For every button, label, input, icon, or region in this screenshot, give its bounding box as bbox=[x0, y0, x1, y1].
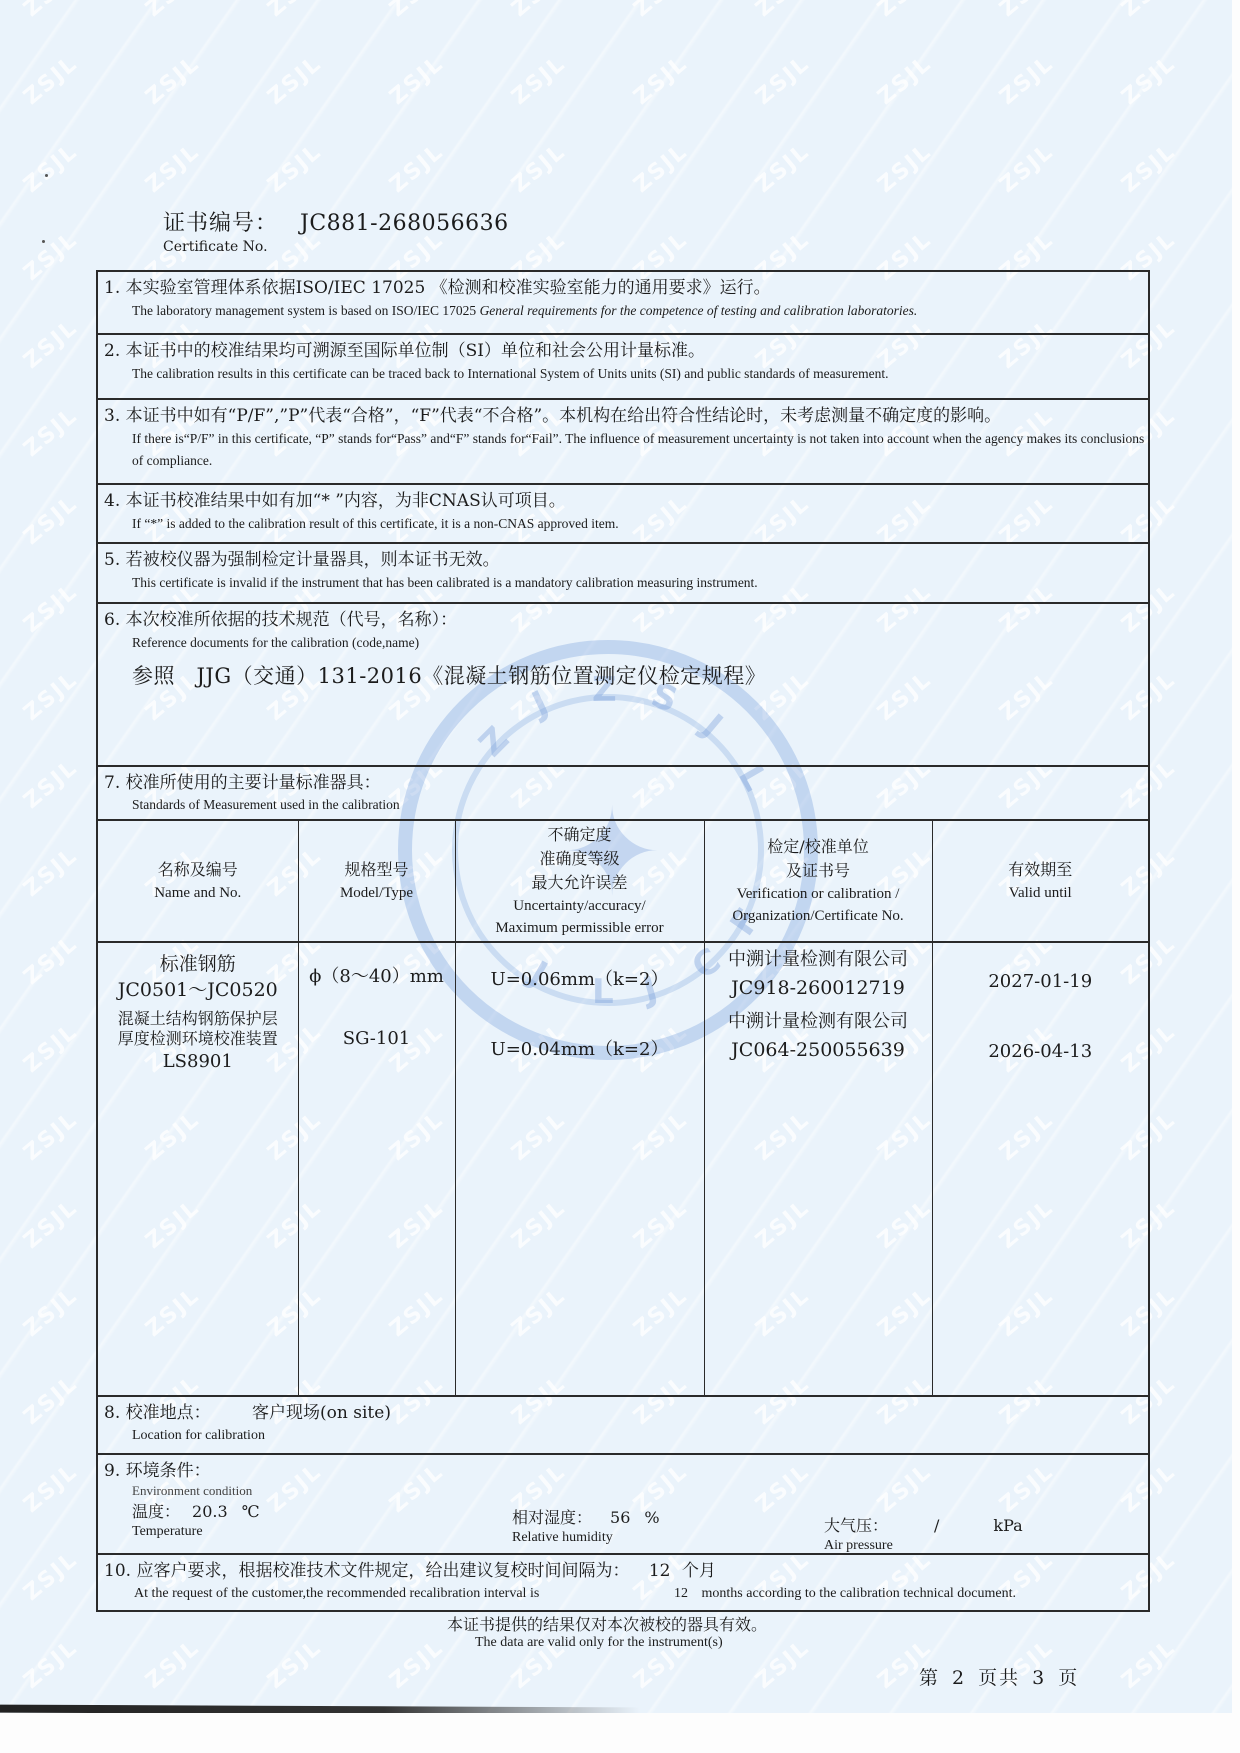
section-5-en: This certificate is invalid if the instr… bbox=[104, 572, 1148, 594]
environment-label-en: Environment condition bbox=[104, 1483, 1148, 1499]
watermark-text: ZSJL bbox=[263, 1635, 327, 1694]
section-8: 8. 校准地点： 客户现场(on site) Location for cali… bbox=[98, 1395, 1148, 1453]
watermark-text: ZSJL bbox=[263, 139, 327, 198]
section-1-zh: 本实验室管理体系依据ISO/IEC 17025 《检测和校准实验室能力的通用要求… bbox=[126, 278, 771, 298]
cell-model: ϕ（8～40）mm SG-101 bbox=[298, 942, 455, 1395]
section-number: 3. bbox=[104, 406, 120, 426]
pressure-value: / bbox=[934, 1516, 939, 1535]
watermark-text: ZSJL bbox=[995, 0, 1059, 22]
validity-note-en: The data are valid only for the instrume… bbox=[475, 1635, 767, 1651]
watermark-text: ZSJL bbox=[19, 1195, 83, 1254]
page-number: 第2页共3页 bbox=[913, 1663, 1085, 1690]
certificate-number-label: 证书编号： bbox=[163, 211, 278, 236]
location-label: 校准地点： bbox=[126, 1403, 211, 1423]
watermark-text: ZSJL bbox=[629, 0, 693, 22]
watermark-text: ZSJL bbox=[995, 51, 1059, 110]
watermark-text: ZSJL bbox=[1117, 1635, 1181, 1694]
section-7-en: Standards of Measurement used in the cal… bbox=[104, 795, 1148, 815]
watermark-text: ZSJL bbox=[19, 1547, 83, 1606]
standards-table: 名称及编号 Name and No. 规格型号 Model/Type 不确定度 … bbox=[98, 819, 1148, 1395]
certificate-number: JC881-268056636 bbox=[300, 211, 509, 236]
section-6-en: Reference documents for the calibration … bbox=[104, 632, 1148, 654]
cell-uncertainty: U=0.06mm（k=2） U=0.04mm（k=2） bbox=[455, 942, 704, 1395]
section-7: 7. 校准所使用的主要计量标准器具： Standards of Measurem… bbox=[98, 765, 1148, 819]
section-2-en: The calibration results in this certific… bbox=[104, 363, 1148, 385]
section-number: 2. bbox=[104, 341, 120, 361]
watermark-text: ZSJL bbox=[19, 755, 83, 814]
column-header-uncertainty: 不确定度 准确度等级 最大允许误差 Uncertainty/accuracy/ … bbox=[455, 820, 704, 942]
watermark-text: ZSJL bbox=[19, 51, 83, 110]
section-6-zh: 本次校准所依据的技术规范（代号，名称）： bbox=[126, 610, 458, 630]
humidity-value: 56 bbox=[610, 1508, 630, 1527]
recalibration-en: At the request of the customer,the recom… bbox=[134, 1583, 674, 1605]
watermark-text: ZSJL bbox=[19, 1635, 83, 1694]
section-3-en: If there is“P/F” in this certificate, “P… bbox=[104, 428, 1148, 472]
recalibration-interval-value: 12 bbox=[649, 1561, 671, 1581]
watermark-text: ZSJL bbox=[19, 843, 83, 902]
section-6: 6. 本次校准所依据的技术规范（代号，名称）： Reference docume… bbox=[98, 602, 1148, 765]
environment-label: 环境条件： bbox=[126, 1461, 211, 1481]
environment-values: 温度：20.3℃ Temperature 相对湿度：56% Relative h… bbox=[104, 1499, 1148, 1556]
column-header-organization: 检定/校准单位 及证书号 Verification or calibration… bbox=[704, 820, 932, 942]
watermark-text: ZSJL bbox=[751, 139, 815, 198]
section-9: 9. 环境条件： Environment condition 温度：20.3℃ … bbox=[98, 1453, 1148, 1553]
section-number: 4. bbox=[104, 491, 120, 511]
section-number: 6. bbox=[104, 610, 120, 630]
section-10: 10. 应客户要求，根据校准技术文件规定，给出建议复校时间间隔为： 12 个月 … bbox=[98, 1553, 1148, 1612]
table-row: 标准钢筋 JC0501～JC0520 混凝土结构钢筋保护层 厚度检测环境校准装置… bbox=[98, 942, 1148, 1395]
watermark-text: ZSJL bbox=[751, 51, 815, 110]
section-number: 9. bbox=[104, 1461, 120, 1481]
scan-speck bbox=[42, 240, 45, 243]
watermark-text: ZSJL bbox=[873, 51, 937, 110]
watermark-text: ZSJL bbox=[19, 1283, 83, 1342]
section-1-en: The laboratory management system is base… bbox=[132, 303, 480, 318]
section-number: 5. bbox=[104, 550, 120, 570]
watermark-text: ZSJL bbox=[19, 315, 83, 374]
watermark-text: ZSJL bbox=[263, 51, 327, 110]
watermark-text: ZSJL bbox=[19, 227, 83, 286]
certificate-frame: 1. 本实验室管理体系依据ISO/IEC 17025 《检测和校准实验室能力的通… bbox=[96, 270, 1150, 1612]
recalibration-interval-value-en: 12 bbox=[674, 1586, 688, 1601]
section-5: 5. 若被校仪器为强制检定计量器具，则本证书无效。 This certifica… bbox=[98, 542, 1148, 602]
section-3-zh: 本证书中如有“P/F”,”P”代表“合格”，“F”代表“不合格”。本机构在给出符… bbox=[126, 406, 1002, 426]
column-header-model: 规格型号 Model/Type bbox=[298, 820, 455, 942]
watermark-text: ZSJL bbox=[385, 139, 449, 198]
section-1: 1. 本实验室管理体系依据ISO/IEC 17025 《检测和校准实验室能力的通… bbox=[98, 270, 1148, 333]
section-7-zh: 校准所使用的主要计量标准器具： bbox=[126, 773, 381, 793]
cell-organization: 中溯计量检测有限公司 JC918-260012719 中溯计量检测有限公司 JC… bbox=[704, 942, 932, 1395]
recalibration-zh: 应客户要求，根据校准技术文件规定，给出建议复校时间间隔为： bbox=[136, 1561, 629, 1581]
total-pages: 3 bbox=[1032, 1667, 1046, 1689]
cell-name: 标准钢筋 JC0501～JC0520 混凝土结构钢筋保护层 厚度检测环境校准装置… bbox=[98, 942, 298, 1395]
watermark-text: ZSJL bbox=[19, 1371, 83, 1430]
section-number: 8. bbox=[104, 1403, 120, 1423]
watermark-text: ZSJL bbox=[385, 1635, 449, 1694]
watermark-text: ZSJL bbox=[19, 1019, 83, 1078]
watermark-text: ZSJL bbox=[507, 51, 571, 110]
column-header-name: 名称及编号 Name and No. bbox=[98, 820, 298, 942]
section-2-zh: 本证书中的校准结果均可溯源至国际单位制（SI）单位和社会公用计量标准。 bbox=[126, 341, 705, 361]
watermark-text: ZSJL bbox=[629, 51, 693, 110]
watermark-text: ZSJL bbox=[873, 139, 937, 198]
scan-speck bbox=[45, 174, 48, 177]
location-value: 客户现场(on site) bbox=[252, 1403, 391, 1423]
watermark-text: ZSJL bbox=[873, 0, 937, 22]
temperature-item: 温度：20.3℃ Temperature bbox=[132, 1499, 512, 1542]
column-header-valid-until: 有效期至 Valid until bbox=[932, 820, 1148, 942]
certificate-number-label-en: Certificate No. bbox=[163, 239, 509, 255]
section-number: 10. bbox=[104, 1561, 131, 1581]
section-2: 2. 本证书中的校准结果均可溯源至国际单位制（SI）单位和社会公用计量标准。 T… bbox=[98, 333, 1148, 398]
watermark-text: ZSJL bbox=[19, 403, 83, 462]
watermark-text: ZSJL bbox=[1117, 0, 1181, 22]
watermark-text: ZSJL bbox=[1117, 139, 1181, 198]
watermark-text: ZSJL bbox=[19, 0, 83, 22]
watermark-text: ZSJL bbox=[141, 139, 205, 198]
humidity-item: 相对湿度：56% Relative humidity bbox=[512, 1499, 824, 1548]
current-page: 2 bbox=[952, 1667, 966, 1689]
cell-valid-until: 2027-01-19 2026-04-13 bbox=[932, 942, 1148, 1395]
watermark-text: ZSJL bbox=[141, 1635, 205, 1694]
section-number: 1. bbox=[104, 278, 120, 298]
watermark-text: ZSJL bbox=[19, 1459, 83, 1518]
watermark-text: ZSJL bbox=[19, 491, 83, 550]
section-number: 7. bbox=[104, 773, 120, 793]
watermark-text: ZSJL bbox=[19, 667, 83, 726]
temperature-value: 20.3 bbox=[192, 1502, 228, 1521]
watermark-text: ZSJL bbox=[141, 51, 205, 110]
section-4: 4. 本证书校准结果中如有加“* ”内容，为非CNAS认可项目。 If “*” … bbox=[98, 483, 1148, 542]
validity-note: 本证书提供的结果仅对本次被校的器具有效。 The data are valid … bbox=[447, 1612, 767, 1651]
section-3: 3. 本证书中如有“P/F”,”P”代表“合格”，“F”代表“不合格”。本机构在… bbox=[98, 398, 1148, 483]
watermark-text: ZSJL bbox=[995, 139, 1059, 198]
watermark-text: ZSJL bbox=[263, 0, 327, 22]
section-4-zh: 本证书校准结果中如有加“* ”内容，为非CNAS认可项目。 bbox=[126, 491, 566, 511]
watermark-text: ZSJL bbox=[507, 139, 571, 198]
watermark-text: ZSJL bbox=[1117, 51, 1181, 110]
section-1-en-title: General requirements for the competence … bbox=[480, 303, 918, 318]
watermark-text: ZSJL bbox=[19, 1107, 83, 1166]
watermark-text: ZSJL bbox=[19, 931, 83, 990]
watermark-text: ZSJL bbox=[141, 0, 205, 22]
watermark-text: ZSJL bbox=[385, 51, 449, 110]
location-label-en: Location for calibration bbox=[104, 1425, 1148, 1447]
validity-note-zh: 本证书提供的结果仅对本次被校的器具有效。 bbox=[447, 1612, 767, 1635]
pressure-item: 大气压：/kPa Air pressure bbox=[824, 1499, 1023, 1556]
watermark-text: ZSJL bbox=[19, 139, 83, 198]
certificate-number-block: 证书编号：JC881-268056636 Certificate No. bbox=[163, 206, 509, 255]
table-header-row: 名称及编号 Name and No. 规格型号 Model/Type 不确定度 … bbox=[98, 820, 1148, 942]
certificate-page: ZSJLZSJLZSJLZSJLZSJLZSJLZSJLZSJLZSJLZSJL… bbox=[0, 0, 1232, 1713]
section-5-zh: 若被校仪器为强制检定计量器具，则本证书无效。 bbox=[126, 550, 500, 570]
watermark-text: ZSJL bbox=[385, 0, 449, 22]
reference-document: 参照 JJG（交通）131-2016《混凝土钢筋位置测定仪检定规程》 bbox=[104, 660, 1148, 690]
watermark-text: ZSJL bbox=[19, 579, 83, 638]
scan-shadow-edge bbox=[0, 1705, 640, 1713]
watermark-text: ZSJL bbox=[507, 0, 571, 22]
watermark-text: ZSJL bbox=[751, 0, 815, 22]
watermark-text: ZSJL bbox=[629, 139, 693, 198]
section-4-en: If “*” is added to the calibration resul… bbox=[104, 513, 1148, 535]
